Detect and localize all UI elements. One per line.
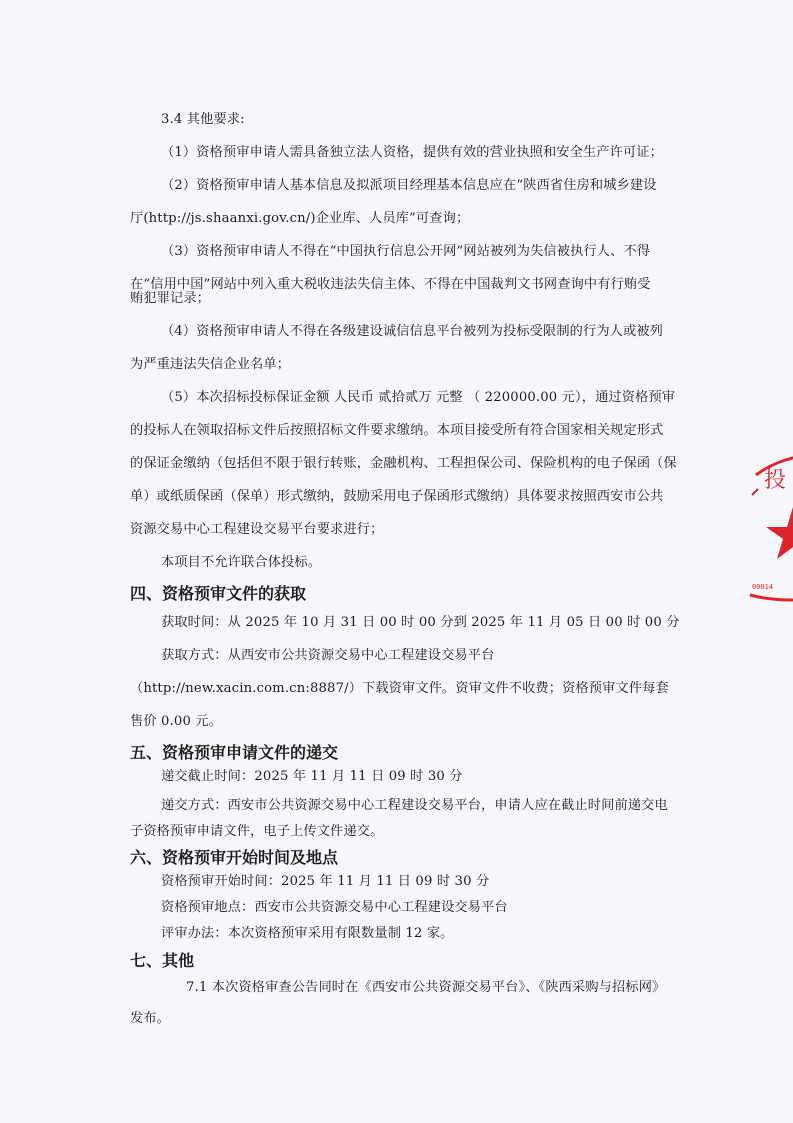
requirement-5-line-1: （5）本次招标投标保证金额 人民币 贰拾贰万 元整 （ 220000.00 元）… bbox=[161, 389, 675, 407]
document-page: 3.4 其他要求: （1）资格预审申请人需具备独立法人资格，提供有效的营业执照和… bbox=[0, 0, 793, 1123]
official-seal-stamp: 投 00014 bbox=[748, 445, 793, 605]
section-3-4-title: 3.4 其他要求: bbox=[161, 111, 245, 129]
section-5-heading: 五、资格预审申请文件的递交 bbox=[130, 743, 338, 763]
requirement-4-line-1: （4）资格预审申请人不得在各级建设诚信信息平台被列为投标受限制的行为人或被列 bbox=[161, 323, 663, 341]
requirement-5-line-5: 资源交易中心工程建设交易平台要求进行； bbox=[130, 521, 383, 539]
acquisition-time: 获取时间：从 2025 年 10 月 31 日 00 时 00 分到 2025 … bbox=[161, 614, 680, 632]
requirement-1-line-1: （1）资格预审申请人需具备独立法人资格，提供有效的营业执照和安全生产许可证； bbox=[161, 144, 663, 162]
seal-icon: 投 00014 bbox=[748, 445, 793, 605]
publication-note-line-1: 7.1 本次资格审查公告同时在《西安市公共资源交易平台》、《陕西采购与招标网》 bbox=[186, 979, 665, 997]
submission-method-line-1: 递交方式：西安市公共资源交易中心工程建设交易平台，申请人应在截止时间前递交电 bbox=[161, 797, 668, 815]
acquisition-method-line-2: （http://new.xacin.com.cn:8887/）下载资审文件。资审… bbox=[130, 680, 669, 698]
submission-method-line-2: 子资格预审申请文件，电子上传文件递交。 bbox=[130, 823, 383, 841]
prequalification-location: 资格预审地点：西安市公共资源交易中心工程建设交易平台 bbox=[161, 899, 508, 917]
requirement-2-line-2: 厅(http://js.shaanxi.gov.cn/)企业库、人员库”可查询； bbox=[130, 210, 469, 228]
requirement-4-line-2: 为严重违法失信企业名单； bbox=[130, 356, 290, 374]
publication-note-line-2: 发布。 bbox=[130, 1010, 170, 1028]
acquisition-method-line-1: 获取方式：从西安市公共资源交易中心工程建设交易平台 bbox=[161, 647, 494, 665]
svg-text:投: 投 bbox=[764, 468, 786, 493]
requirement-3-line-1: （3）资格预审申请人不得在“中国执行信息公开网”网站被列为失信被执行人、不得 bbox=[161, 243, 650, 261]
svg-text:00014: 00014 bbox=[752, 583, 773, 591]
section-4-heading: 四、资格预审文件的获取 bbox=[130, 584, 306, 604]
section-7-heading: 七、其他 bbox=[130, 951, 194, 971]
requirement-2-line-1: （2）资格预审申请人基本信息及拟派项目经理基本信息应在“陕西省住房和城乡建设 bbox=[161, 177, 657, 195]
submission-deadline: 递交截止时间：2025 年 11 月 11 日 09 时 30 分 bbox=[161, 768, 463, 786]
review-method: 评审办法：本次资格预审采用有限数量制 12 家。 bbox=[161, 925, 454, 943]
requirement-5-line-3: 的保证金缴纳（包括但不限于银行转账，金融机构、工程担保公司、保险机构的电子保函（… bbox=[130, 455, 677, 473]
requirement-3-line-3: 贿犯罪记录； bbox=[130, 290, 210, 308]
requirement-5-line-2: 的投标人在领取招标文件后按照招标文件要求缴纳。本项目接受所有符合国家相关规定形式 bbox=[130, 422, 664, 440]
acquisition-method-line-3: 售价 0.00 元。 bbox=[130, 713, 222, 731]
requirement-5-line-4: 单）或纸质保函（保单）形式缴纳，鼓励采用电子保函形式缴纳）具体要求按照西安市公共 bbox=[130, 488, 664, 506]
prequalification-start-time: 资格预审开始时间：2025 年 11 月 11 日 09 时 30 分 bbox=[161, 873, 489, 891]
section-6-heading: 六、资格预审开始时间及地点 bbox=[130, 848, 338, 868]
consortium-note: 本项目不允许联合体投标。 bbox=[161, 554, 321, 572]
